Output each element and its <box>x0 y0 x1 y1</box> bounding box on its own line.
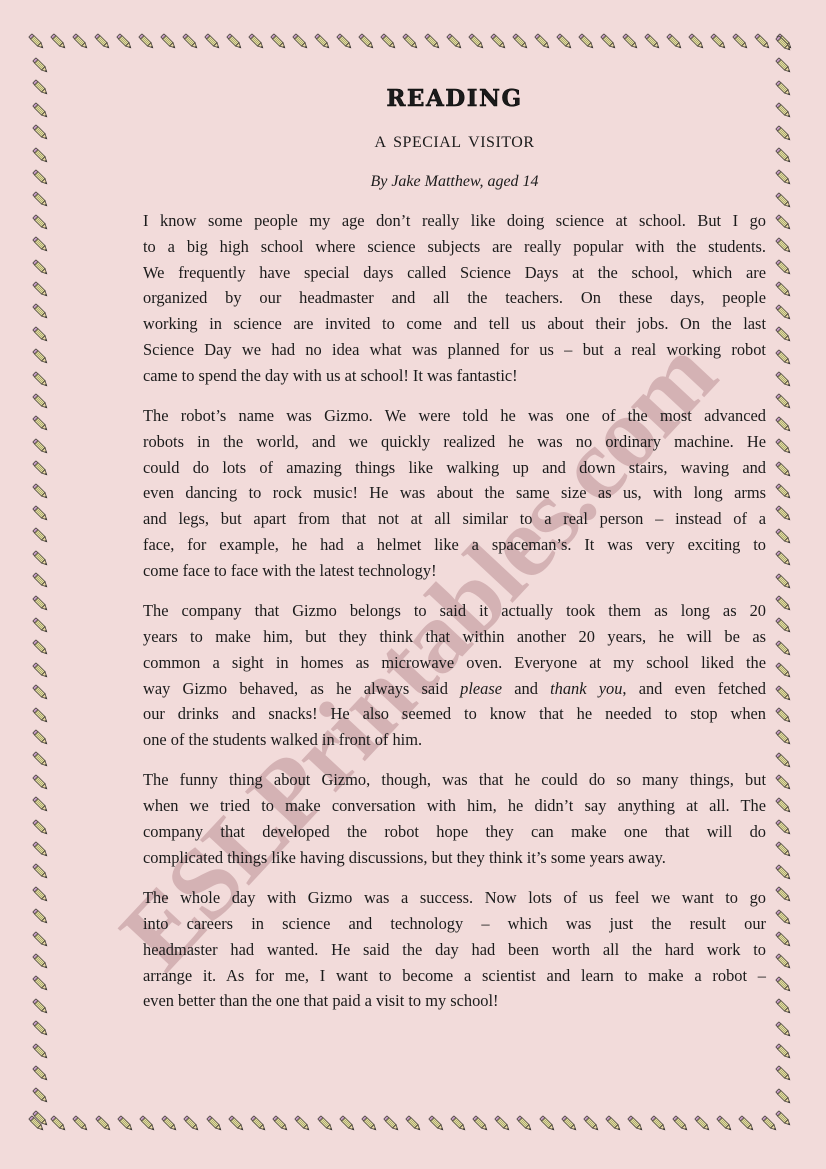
pencil-icon <box>773 817 795 839</box>
pencil-icon <box>773 1019 795 1041</box>
pencil-icon <box>30 145 52 167</box>
pencil-icon <box>30 593 52 615</box>
pencil-icon <box>30 369 52 391</box>
pencil-icon <box>378 31 400 53</box>
pencil-icon <box>315 1113 337 1135</box>
pencil-icon <box>773 100 795 122</box>
pencil-icon <box>773 167 795 189</box>
pencil-icon <box>137 1113 159 1135</box>
pencil-icon <box>30 884 52 906</box>
pencil-icon <box>576 31 598 53</box>
pencil-icon <box>159 1113 181 1135</box>
pencil-icon <box>773 481 795 503</box>
pencil-icon <box>30 682 52 704</box>
pencil-icon <box>773 750 795 772</box>
pencil-icon <box>224 31 246 53</box>
pencil-icon <box>158 31 180 53</box>
pencil-icon <box>30 973 52 995</box>
reading-passage: READING A SPECIAL VISITOR By Jake Matthe… <box>143 86 766 1014</box>
pencil-icon <box>537 1113 559 1135</box>
text-line: even better than the one that paid a vis… <box>143 988 766 1014</box>
text-line: could do lots of amazing things like wal… <box>143 455 766 481</box>
pencil-icon <box>30 951 52 973</box>
text-line: come face to face with the latest techno… <box>143 558 766 584</box>
pencil-icon <box>773 705 795 727</box>
pencil-icon <box>48 1113 70 1135</box>
pencil-icon <box>70 31 92 53</box>
pencil-icon <box>773 907 795 929</box>
pencil-icon <box>670 1113 692 1135</box>
pencil-icon <box>773 951 795 973</box>
pencil-icon <box>30 749 52 771</box>
pencil-icon <box>773 391 795 413</box>
pencil-icon <box>773 78 795 100</box>
pencil-icon <box>773 996 795 1018</box>
pencil-icon <box>30 996 52 1018</box>
pencil-icon <box>773 683 795 705</box>
pencil-icon <box>30 257 52 279</box>
pencil-icon <box>773 279 795 301</box>
pencil-icon <box>773 615 795 637</box>
pencil-icon <box>30 436 52 458</box>
pencil-icon <box>773 884 795 906</box>
pencil-icon <box>30 660 52 682</box>
pencil-icon <box>30 167 52 189</box>
pencil-icon <box>488 31 510 53</box>
page-title: READING <box>143 86 766 112</box>
pencil-icon <box>114 31 136 53</box>
text-line: headmaster had wanted. He said the day h… <box>143 937 766 963</box>
pencil-icon <box>448 1113 470 1135</box>
text-line: The whole day with Gizmo was a success. … <box>143 885 766 911</box>
text-line: our drinks and snacks! He also seemed to… <box>143 701 766 727</box>
paragraph: The company that Gizmo belongs to said i… <box>143 598 766 753</box>
byline: By Jake Matthew, aged 14 <box>143 172 766 191</box>
pencil-icon <box>773 257 795 279</box>
pencil-icon <box>30 122 52 144</box>
text-line: one of the students walked in front of h… <box>143 727 766 753</box>
pencil-icon <box>202 31 224 53</box>
pencil-icon <box>773 190 795 212</box>
passage-subtitle: A SPECIAL VISITOR <box>143 134 766 152</box>
pencil-icon <box>30 1063 52 1085</box>
pencil-icon <box>248 1113 270 1135</box>
pencil-icon <box>30 234 52 256</box>
pencil-icon <box>773 660 795 682</box>
pencil-icon <box>692 1113 714 1135</box>
pencil-icon <box>30 279 52 301</box>
pencil-icon <box>466 31 488 53</box>
pencil-icon <box>312 31 334 53</box>
pencil-icon <box>270 1113 292 1135</box>
pencil-icon <box>773 347 795 369</box>
text-line: We frequently have special days called S… <box>143 260 766 286</box>
pencil-icon <box>514 1113 536 1135</box>
text-line: way Gizmo behaved, as he always said ple… <box>143 676 766 702</box>
pencil-icon <box>180 31 202 53</box>
pencil-icon <box>337 1113 359 1135</box>
text-line: and legs, but apart from that not at all… <box>143 506 766 532</box>
pencil-icon <box>773 571 795 593</box>
pencil-icon <box>773 369 795 391</box>
text-line: when we tried to make conversation with … <box>143 793 766 819</box>
pencil-icon <box>510 31 532 53</box>
paragraph: The whole day with Gizmo was a success. … <box>143 885 766 1014</box>
pencil-icon <box>30 1018 52 1040</box>
pencil-icon <box>773 436 795 458</box>
pencil-icon <box>48 31 70 53</box>
text-line: arrange it. As for me, I want to become … <box>143 963 766 989</box>
pencil-icon <box>136 31 158 53</box>
pencil-icon <box>30 391 52 413</box>
paragraph: I know some people my age don’t really l… <box>143 208 766 389</box>
pencil-icon <box>422 31 444 53</box>
pencil-icon <box>30 458 52 480</box>
pencil-icon <box>70 1113 92 1135</box>
pencil-icon <box>426 1113 448 1135</box>
pencil-icon <box>773 302 795 324</box>
pencil-icon <box>30 301 52 323</box>
pencil-icon <box>773 1086 795 1108</box>
pencil-icon <box>773 548 795 570</box>
pencil-icon <box>773 33 795 55</box>
pencil-icon <box>773 862 795 884</box>
pencil-icon <box>664 31 686 53</box>
pencil-icon <box>400 31 422 53</box>
text-line: complicated things like having discussio… <box>143 845 766 871</box>
pencil-icon <box>30 413 52 435</box>
pencil-icon <box>603 1113 625 1135</box>
pencil-icon <box>773 212 795 234</box>
pencil-icon <box>334 31 356 53</box>
text-line: came to spend the day with us at school!… <box>143 363 766 389</box>
pencil-icon <box>773 1041 795 1063</box>
pencil-icon <box>30 1085 52 1107</box>
passage-body: I know some people my age don’t really l… <box>143 208 766 1014</box>
pencil-icon <box>559 1113 581 1135</box>
pencil-icon <box>759 1113 781 1135</box>
pencil-icon <box>30 525 52 547</box>
pencil-icon <box>30 324 52 346</box>
pencil-icon <box>30 705 52 727</box>
pencil-icon <box>93 1113 115 1135</box>
pencil-icon <box>30 77 52 99</box>
text-line: common a sight in homes as microwave ove… <box>143 650 766 676</box>
pencil-icon <box>356 31 378 53</box>
pencil-icon <box>30 55 52 77</box>
pencil-icon <box>773 929 795 951</box>
pencil-icon <box>532 31 554 53</box>
pencil-icon <box>773 772 795 794</box>
pencil-icon <box>30 212 52 234</box>
pencil-icon <box>30 772 52 794</box>
pencil-icon <box>773 145 795 167</box>
pencil-icon <box>30 570 52 592</box>
pencil-icon <box>30 189 52 211</box>
text-line: company that developed the robot hope th… <box>143 819 766 845</box>
pencil-icon <box>30 615 52 637</box>
pencil-icon <box>773 974 795 996</box>
pencil-icon <box>642 31 664 53</box>
text-line: robots in the world, and we quickly real… <box>143 429 766 455</box>
pencil-icon <box>115 1113 137 1135</box>
pencil-icon <box>598 31 620 53</box>
text-line: Science Day we had no idea what was plan… <box>143 337 766 363</box>
pencil-icon <box>30 637 52 659</box>
text-line: working in science are invited to come a… <box>143 311 766 337</box>
pencil-icon <box>773 638 795 660</box>
pencil-icon <box>30 100 52 122</box>
pencil-icon <box>26 1113 48 1135</box>
pencil-icon <box>773 55 795 77</box>
pencil-icon <box>470 1113 492 1135</box>
paragraph: The robot’s name was Gizmo. We were told… <box>143 403 766 584</box>
pencil-icon <box>714 1113 736 1135</box>
text-line: face, for example, he had a helmet like … <box>143 532 766 558</box>
pencil-icon <box>92 31 114 53</box>
text-line: even dancing to rock music! He was about… <box>143 480 766 506</box>
text-line: organized by our headmaster and all the … <box>143 285 766 311</box>
pencil-icon <box>246 31 268 53</box>
pencil-icon <box>492 1113 514 1135</box>
pencil-icon <box>26 31 48 53</box>
text-line: I know some people my age don’t really l… <box>143 208 766 234</box>
text-line: The funny thing about Gizmo, though, was… <box>143 767 766 793</box>
pencil-icon <box>773 503 795 525</box>
text-line: to a big high school where science subje… <box>143 234 766 260</box>
pencil-icon <box>773 526 795 548</box>
pencil-icon <box>181 1113 203 1135</box>
pencil-icon <box>359 1113 381 1135</box>
pencil-icon <box>752 31 774 53</box>
pencil-icon <box>686 31 708 53</box>
pencil-icon <box>30 861 52 883</box>
pencil-icon <box>730 31 752 53</box>
pencil-icon <box>554 31 576 53</box>
pencil-icon <box>290 31 312 53</box>
pencil-icon <box>773 459 795 481</box>
pencil-icon <box>773 839 795 861</box>
pencil-icon <box>226 1113 248 1135</box>
pencil-icon <box>708 31 730 53</box>
pencil-icon <box>30 481 52 503</box>
pencil-icon <box>773 123 795 145</box>
pencil-icon <box>403 1113 425 1135</box>
pencil-icon <box>30 727 52 749</box>
pencil-icon <box>30 839 52 861</box>
worksheet-page: ESLPrintables.com READING A SPECIAL VISI… <box>0 0 826 1169</box>
pencil-icon <box>581 1113 603 1135</box>
pencil-icon <box>30 346 52 368</box>
pencil-icon <box>773 414 795 436</box>
text-line: The company that Gizmo belongs to said i… <box>143 598 766 624</box>
text-line: into careers in science and technology –… <box>143 911 766 937</box>
pencil-icon <box>30 503 52 525</box>
pencil-icon <box>381 1113 403 1135</box>
pencil-icon <box>773 324 795 346</box>
pencil-icon <box>648 1113 670 1135</box>
pencil-icon <box>773 593 795 615</box>
pencil-icon <box>30 906 52 928</box>
pencil-icon <box>773 1063 795 1085</box>
pencil-icon <box>30 1041 52 1063</box>
pencil-icon <box>30 794 52 816</box>
pencil-icon <box>30 929 52 951</box>
pencil-icon <box>773 727 795 749</box>
pencil-icon <box>30 548 52 570</box>
text-line: years to make him, but they think that w… <box>143 624 766 650</box>
pencil-icon <box>444 31 466 53</box>
pencil-icon <box>625 1113 647 1135</box>
pencil-icon <box>292 1113 314 1135</box>
pencil-icon <box>204 1113 226 1135</box>
paragraph: The funny thing about Gizmo, though, was… <box>143 767 766 870</box>
pencil-icon <box>620 31 642 53</box>
pencil-icon <box>268 31 290 53</box>
pencil-icon <box>736 1113 758 1135</box>
pencil-icon <box>773 795 795 817</box>
pencil-icon <box>30 817 52 839</box>
pencil-icon <box>773 235 795 257</box>
text-line: The robot’s name was Gizmo. We were told… <box>143 403 766 429</box>
